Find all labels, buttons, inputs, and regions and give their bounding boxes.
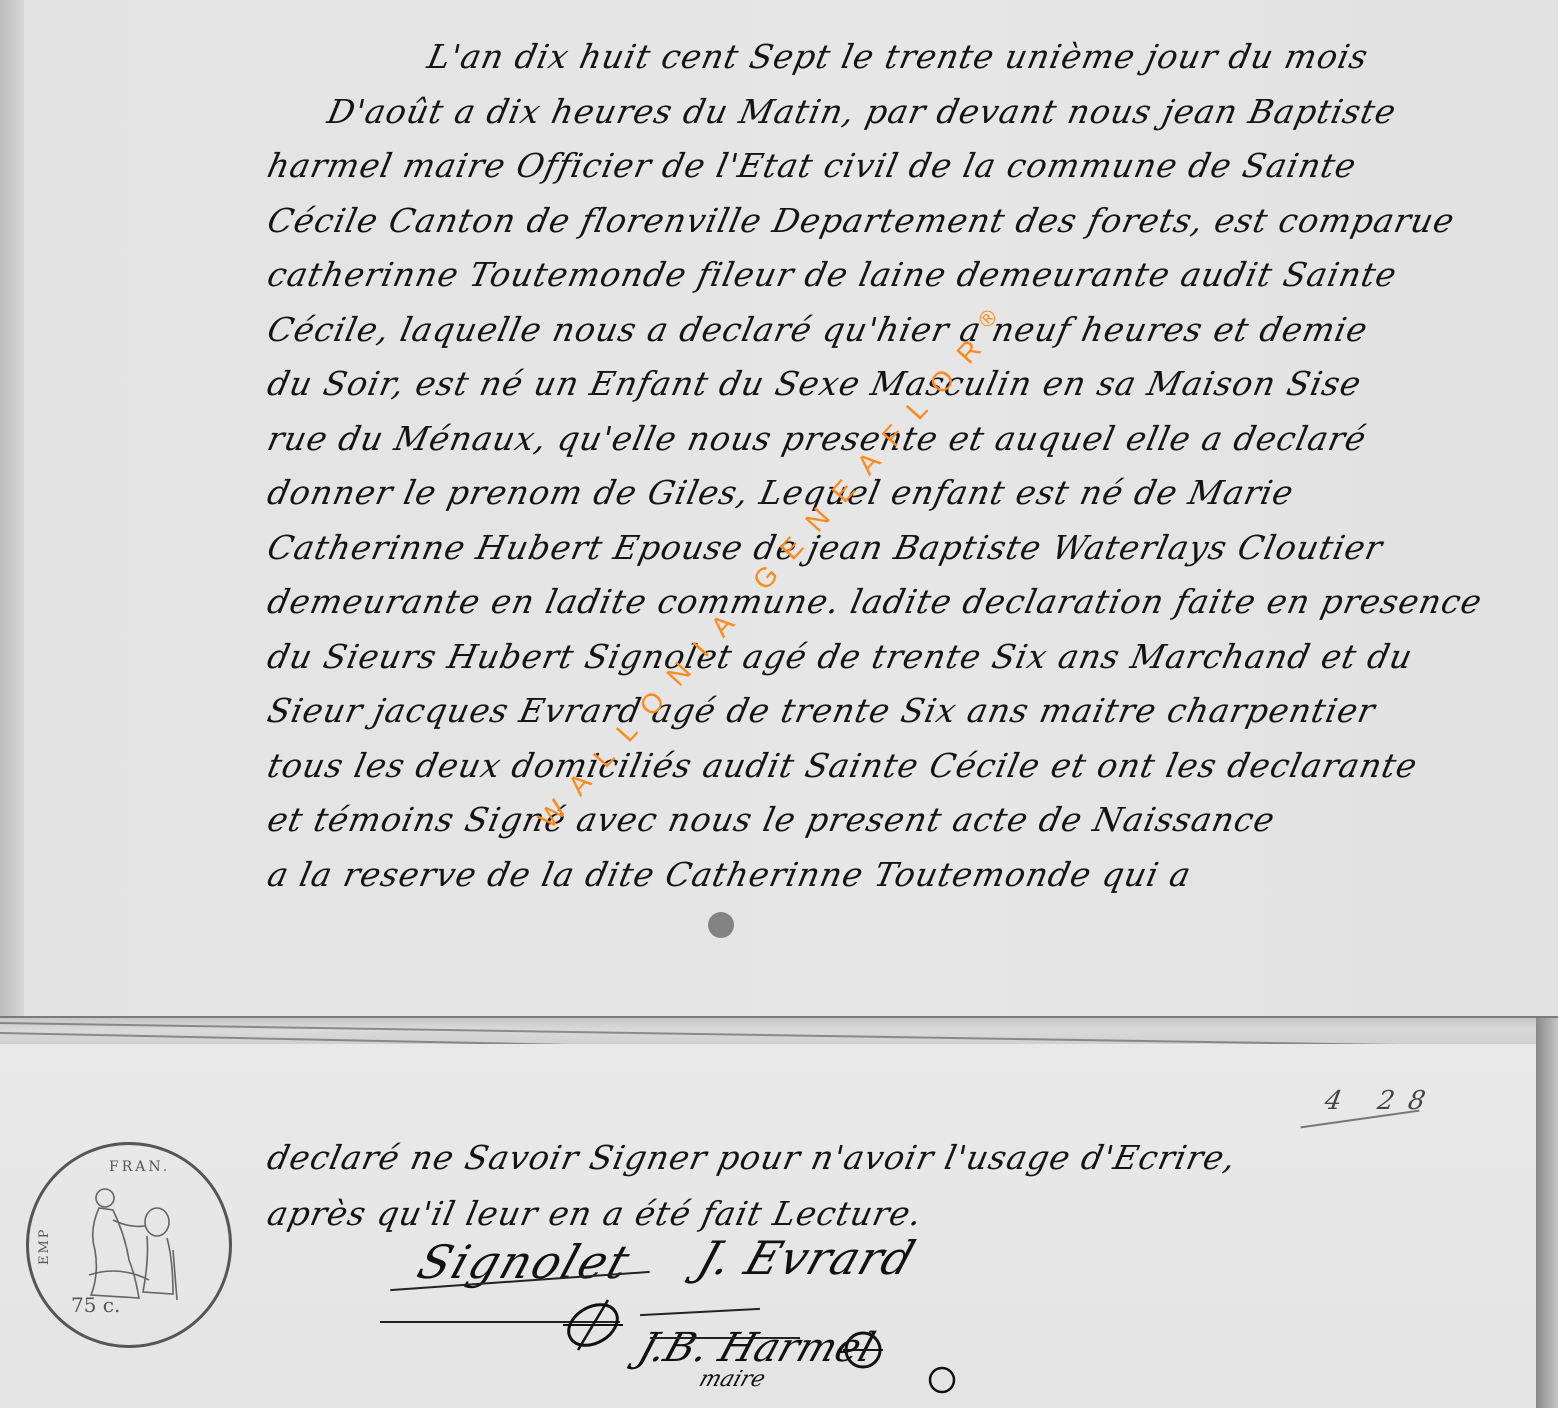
record-main-text: L'an dix huit cent Sept le trente unième…	[268, 30, 1548, 902]
signature-paraph-icon	[838, 1325, 888, 1375]
seal-value: 75 c.	[71, 1293, 120, 1317]
signature-witness-2: J. Evrard	[691, 1231, 922, 1285]
text-line: harmel maire Officier de l'Etat civil de…	[262, 139, 1554, 194]
tax-stamp-seal: FRAN. EMP 75 c.	[26, 1142, 232, 1348]
text-line: Catherinne Hubert Epouse de jean Baptist…	[262, 521, 1554, 576]
signature-block: Signolet J. Evrard J.B. Harmel maire	[380, 1225, 1000, 1408]
signature-flourish	[650, 1337, 800, 1339]
text-line: Cécile, laquelle nous a declaré qu'hier …	[262, 303, 1554, 358]
seal-top-text: FRAN.	[109, 1159, 170, 1175]
text-line: catherinne Toutemonde fileur de laine de…	[262, 248, 1554, 303]
text-line: declaré ne Savoir Signer pour n'avoir l'…	[262, 1130, 1474, 1186]
text-line: et témoins Signé avec nous le present ac…	[262, 793, 1554, 848]
page-number-left: 4	[1322, 1086, 1358, 1116]
signature-paraph-icon	[920, 1360, 964, 1404]
text-line: D'août a dix heures du Matin, par devant…	[262, 85, 1554, 140]
lower-page-right-edge	[1536, 1018, 1558, 1408]
text-line: L'an dix huit cent Sept le trente unième…	[262, 30, 1554, 85]
seated-figure-icon	[69, 1180, 189, 1310]
signature-officer-title: maire	[696, 1367, 769, 1392]
text-line: a la reserve de la dite Catherinne Toute…	[262, 848, 1554, 903]
signature-paraph-icon	[558, 1295, 628, 1355]
text-line: Cécile Canton de florenville Departement…	[262, 194, 1554, 249]
ink-blot	[708, 912, 734, 938]
signature-flourish	[640, 1308, 760, 1316]
text-line: donner le prenom de Giles, Lequel enfant…	[262, 466, 1554, 521]
upper-page-left-edge	[0, 0, 24, 1018]
text-line: Sieur jacques Evrard agé de trente Six a…	[262, 684, 1554, 739]
page-number: 4 28	[1322, 1086, 1441, 1116]
seal-left-text: EMP	[37, 1227, 52, 1265]
text-line: demeurante en ladite commune. ladite dec…	[262, 575, 1554, 630]
text-line: tous les deux domiciliés audit Sainte Cé…	[262, 739, 1554, 794]
text-line: du Sieurs Hubert Signolet agé de trente …	[262, 630, 1554, 685]
